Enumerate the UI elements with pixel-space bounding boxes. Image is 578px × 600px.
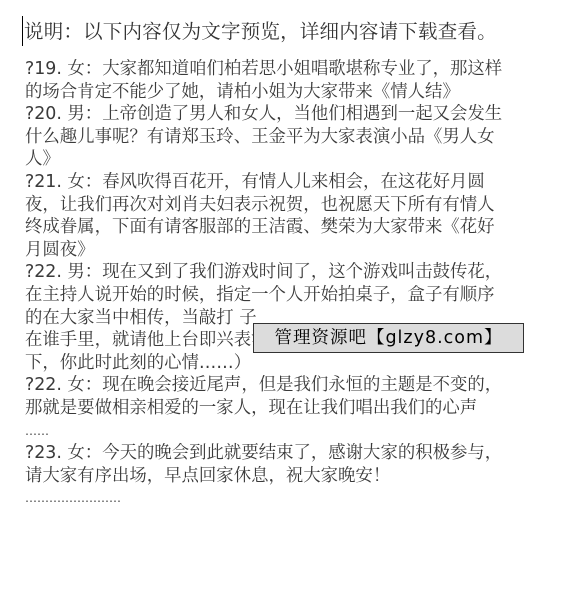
text-line: ?22. 男：现在又到了我们游戏时间了，这个游戏叫击鼓传花， — [25, 261, 565, 284]
text-line: 人》 — [25, 148, 565, 171]
document-page: 说明：以下内容仅为文字预览，详细内容请下载查看。 ?19. 女：大家都知道咱们柏… — [0, 0, 578, 600]
text-line: 请大家有序出场，早点回家休息，祝大家晚安！ — [25, 465, 565, 488]
text-line: 终成眷属，下面有请客服部的王洁霞、樊荣为大家带来《花好 — [25, 216, 565, 239]
text-line: 月圆夜》 — [25, 239, 565, 262]
ellipsis-line: …………………… — [25, 487, 565, 510]
text-line: 那就是要做相亲相爱的一家人，现在让我们唱出我们的心声 — [25, 397, 565, 420]
text-line: 的场合肯定不能少了她，请柏小姐为大家带来《情人结》 — [25, 81, 565, 104]
text-line: 下，你此时此刻的心情……） — [25, 352, 565, 375]
preview-notice: 说明：以下内容仅为文字预览，详细内容请下载查看。 — [24, 17, 497, 47]
text-line: ?19. 女：大家都知道咱们柏若思小姐唱歌堪称专业了，那这样 — [25, 58, 565, 81]
text-line: ?22. 女：现在晚会接近尾声，但是我们永恒的主题是不变的， — [25, 374, 565, 397]
watermark-banner: 管理资源吧【glzy8.com】 — [253, 323, 524, 353]
text-line: ?23. 女：今天的晚会到此就要结束了，感谢大家的积极参与， — [25, 442, 565, 465]
ellipsis-line: …… — [25, 420, 565, 443]
text-line: ?20. 男：上帝创造了男人和女人，当他们相遇到一起又会发生 — [25, 103, 565, 126]
text-line: 在主持人说开始的时候，指定一个人开始拍桌子，盒子有顺序 — [25, 284, 565, 307]
text-line: 什么趣儿事呢？有请郑玉玲、王金平为大家表演小品《男人女 — [25, 126, 565, 149]
text-line: 夜，让我们再次对刘肖夫妇表示祝贺，也祝愿天下所有有情人 — [25, 194, 565, 217]
document-body: ?19. 女：大家都知道咱们柏若思小姐唱歌堪称专业了，那这样 的场合肯定不能少了… — [25, 58, 565, 510]
text-line: ?21. 女：春风吹得百花开，有情人儿来相会，在这花好月圆 — [25, 171, 565, 194]
text-cursor — [22, 16, 23, 46]
